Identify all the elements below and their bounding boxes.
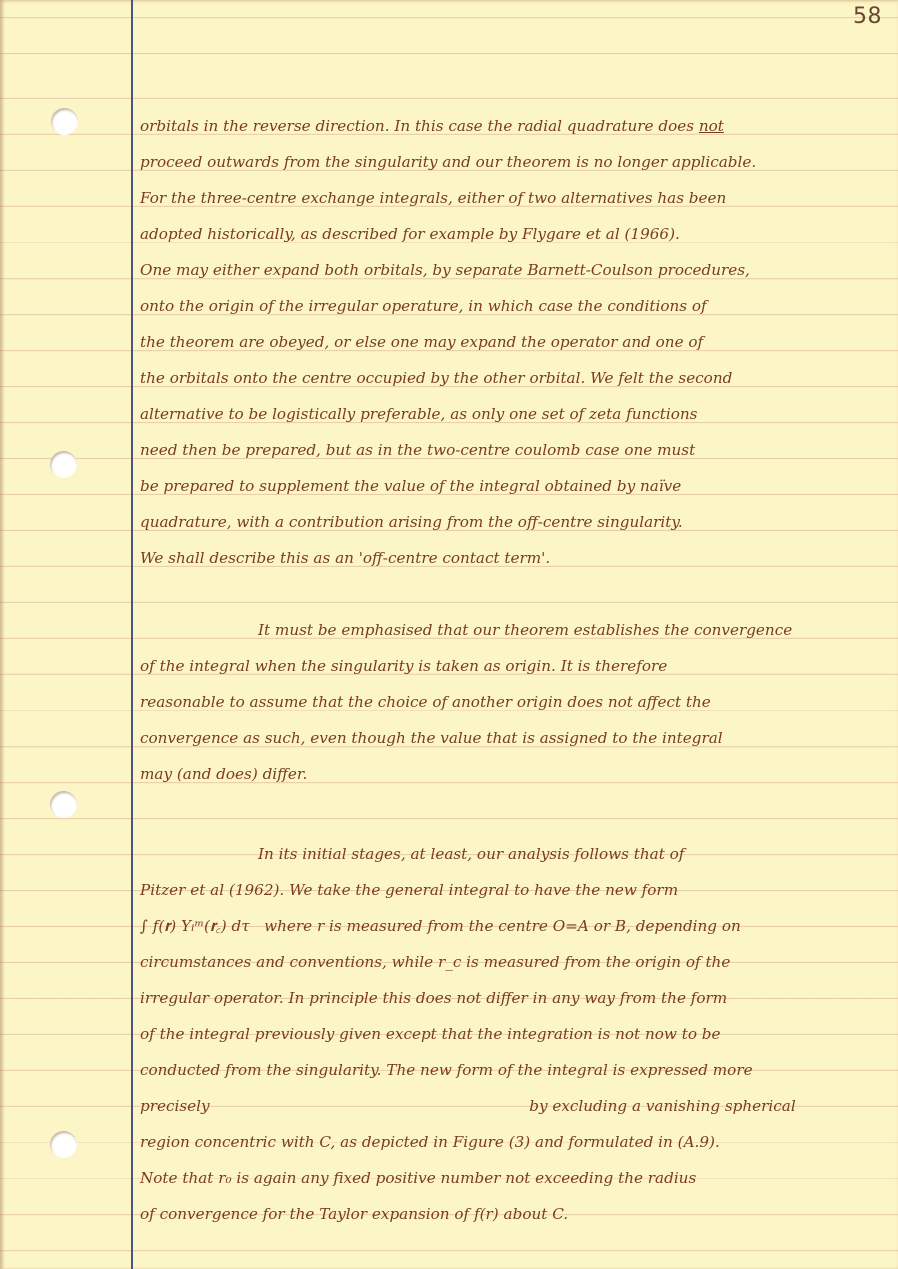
text-line: ∫ f(𝐫) Yₗᵐ(𝐫꜀) dτ where r is measured fr… — [140, 908, 885, 944]
punch-hole-4 — [50, 1131, 77, 1158]
margin-line — [131, 0, 133, 1269]
text-line: In its initial stages, at least, our ana… — [140, 836, 885, 872]
paragraph-1: orbitals in the reverse direction. In th… — [140, 108, 885, 576]
text-line: be prepared to supplement the value of t… — [140, 468, 885, 504]
text-line: orbitals in the reverse direction. In th… — [140, 108, 885, 144]
text-line: proceed outwards from the singularity an… — [140, 144, 885, 180]
text-line: of the integral previously given except … — [140, 1016, 885, 1052]
text-line: need then be prepared, but as in the two… — [140, 432, 885, 468]
text-line: adopted historically, as described for e… — [140, 216, 885, 252]
punch-hole-1 — [51, 108, 78, 135]
precisely-word: precisely — [140, 1097, 210, 1115]
page-number: 58 — [853, 4, 882, 29]
text-line: may (and does) differ. — [140, 756, 885, 792]
text-line: For the three-centre exchange integrals,… — [140, 180, 885, 216]
text-line: the theorem are obeyed, or else one may … — [140, 324, 885, 360]
text-line: convergence as such, even though the val… — [140, 720, 885, 756]
punch-hole-3 — [50, 791, 77, 818]
notebook-page: 58 orbitals in the reverse direction. In… — [0, 0, 898, 1269]
text-line: of convergence for the Taylor expansion … — [140, 1196, 885, 1232]
text-line: We shall describe this as an 'off-centre… — [140, 540, 885, 576]
paragraph-2: It must be emphasised that our theorem e… — [140, 612, 885, 792]
text-line: circumstances and conventions, while r_c… — [140, 944, 885, 980]
punch-hole-2 — [50, 451, 77, 478]
text-line: conducted from the singularity. The new … — [140, 1052, 885, 1088]
text-line: region concentric with C, as depicted in… — [140, 1124, 885, 1160]
integral-expression: ∫ f(𝐫) Yₗᵐ(𝐫꜀) dτ — [140, 917, 250, 935]
text-line: It must be emphasised that our theorem e… — [140, 612, 885, 648]
text-line: irregular operator. In principle this do… — [140, 980, 885, 1016]
text-line: One may either expand both orbitals, by … — [140, 252, 885, 288]
text-line: of the integral when the singularity is … — [140, 648, 885, 684]
text-line: the orbitals onto the centre occupied by… — [140, 360, 885, 396]
text-line: onto the origin of the irregular operatu… — [140, 288, 885, 324]
paragraph-3: In its initial stages, at least, our ana… — [140, 836, 885, 1232]
text-line: precisely by excluding a vanishing spher… — [140, 1088, 885, 1124]
underlined-word: not — [699, 117, 724, 135]
text-line: Note that r₀ is again any fixed positive… — [140, 1160, 885, 1196]
text-line: alternative to be logistically preferabl… — [140, 396, 885, 432]
text-line: quadrature, with a contribution arising … — [140, 504, 885, 540]
text-line: reasonable to assume that the choice of … — [140, 684, 885, 720]
text-line: Pitzer et al (1962). We take the general… — [140, 872, 885, 908]
